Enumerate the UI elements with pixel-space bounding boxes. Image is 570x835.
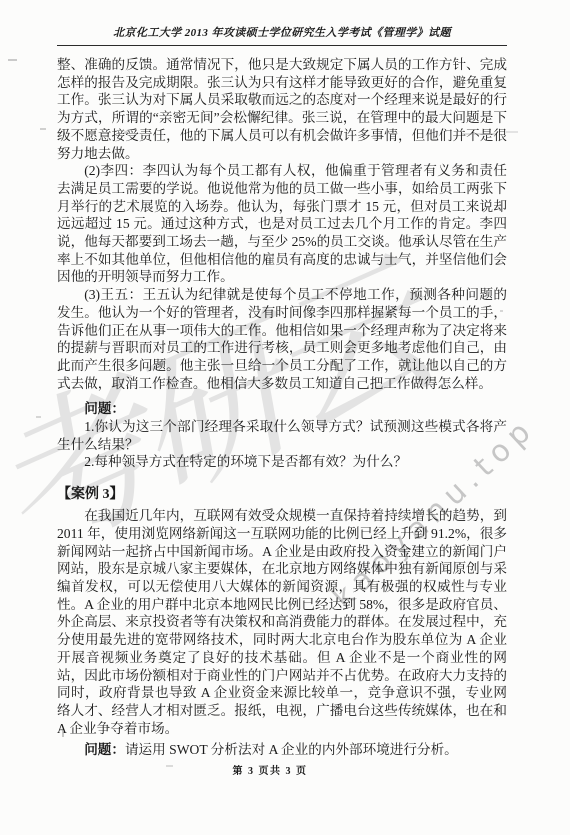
document-page: 考研云 kaoyanu.top 北京化工大学 2013 年攻读硕士学位研究生入学…	[0, 0, 570, 835]
scan-noise	[40, 128, 46, 130]
case3-question-label: 问题：	[84, 742, 125, 757]
case3-paragraph: 在我国近几年内，互联网有效受众规模一直保持着持续增长的趋势，到 2011 年，使…	[57, 507, 507, 737]
paragraph-wangwu: (3)王五：王五认为纪律就是使每个员工不停地工作，预测各种问题的发生。他认为一个…	[57, 286, 507, 392]
paragraph-zhangsan-continuation: 整、准确的反馈。通常情况下，他只是大致规定下属人员的工作方针、完成怎样的报告及完…	[57, 56, 507, 162]
doc-header-title: 北京化工大学 2013 年攻读硕士学位研究生入学考试《管理学》试题	[57, 18, 507, 46]
case2-question-1: 1.你认为这三个部门经理各采取什么领导方式？试预测这些模式各将产生什么结果？	[57, 418, 507, 453]
case3-question-line: 问题：请运用 SWOT 分析法对 A 企业的内外部环境进行分析。	[57, 741, 507, 759]
scan-noise	[462, 133, 496, 135]
case3-question-text: 请运用 SWOT 分析法对 A 企业的内外部环境进行分析。	[125, 742, 458, 757]
case2-question-2: 2.每种领导方式在特定的环境下是否都有效？为什么？	[57, 453, 507, 471]
scan-noise	[8, 59, 17, 61]
case2-questions-label: 问题：	[57, 400, 507, 418]
scan-noise	[62, 730, 64, 737]
scan-noise	[36, 416, 41, 418]
page-content: 北京化工大学 2013 年攻读硕士学位研究生入学考试《管理学》试题 整、准确的反…	[57, 18, 507, 759]
page-number-footer: 第 3 页共 3 页	[45, 762, 495, 777]
case3-heading: 【案例 3】	[57, 486, 507, 504]
scan-noise	[124, 131, 128, 134]
scan-noise	[166, 765, 173, 767]
paragraph-lisi: (2)李四：李四认为每个员工都有人权，他偏重于管理者有义务和责任去满足员工需要的…	[57, 162, 507, 286]
body-text: 整、准确的反馈。通常情况下，他只是大致规定下属人员的工作方针、完成怎样的报告及完…	[57, 56, 507, 759]
scan-noise	[506, 131, 518, 133]
scan-noise	[500, 310, 503, 312]
